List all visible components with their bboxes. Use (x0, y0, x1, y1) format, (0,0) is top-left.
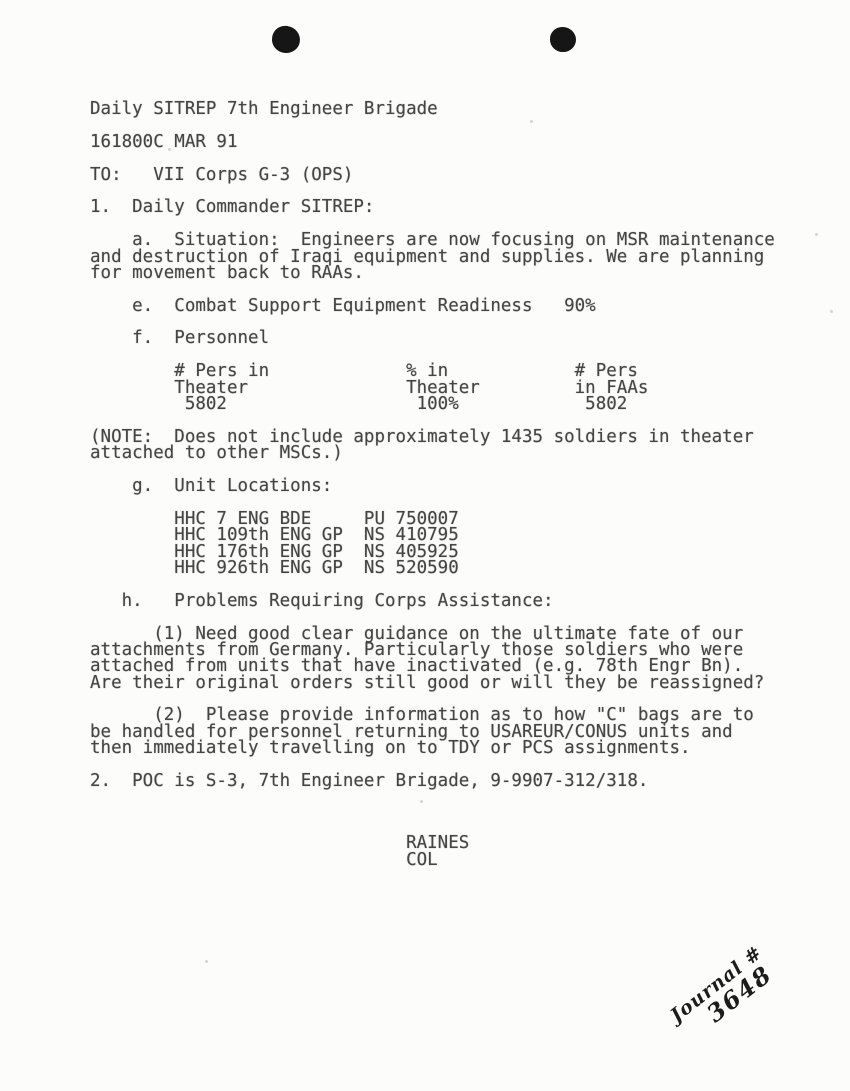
paragraph-2-poc: 2. POC is S-3, 7th Engineer Brigade, 9-9… (90, 773, 830, 789)
scan-speck (830, 310, 833, 313)
document-body: Daily SITREP 7th Engineer Brigade 161800… (90, 101, 830, 868)
paragraph-e-readiness: e. Combat Support Equipment Readiness90% (90, 298, 830, 314)
para-f-line: f. Personnel (90, 330, 830, 346)
pct-in-theater-value: 100% (417, 396, 459, 412)
to-line: TO: VII Corps G-3 (OPS) (90, 167, 830, 183)
para-g-line: g. Unit Locations: (90, 478, 830, 494)
handwritten-journal-annotation: Journal # 3648 (668, 943, 781, 1045)
signature-block: RAINES COL (406, 835, 830, 868)
document-title: Daily SITREP 7th Engineer Brigade (90, 101, 830, 117)
unit-name: HHC 926th ENG GP (174, 560, 343, 576)
para-h2-line-3: then immediately travelling on to TDY or… (90, 740, 830, 756)
subparagraph-h2: (2) Please provide information as to how… (90, 707, 830, 756)
para-1-line: 1. Daily Commander SITREP: (90, 199, 830, 215)
paragraph-g-heading: g. Unit Locations: (90, 478, 830, 494)
scan-speck (205, 960, 208, 963)
note-line-2: attached to other MSCs.) (90, 445, 830, 461)
pers-in-theater-value: 5802 (185, 396, 227, 412)
para-h1-line-4: Are their original orders still good or … (90, 675, 830, 691)
scanned-document-page: Daily SITREP 7th Engineer Brigade 161800… (0, 0, 850, 1091)
paragraph-a-situation: a. Situation: Engineers are now focusing… (90, 232, 830, 281)
punch-hole-mark-right (550, 27, 576, 52)
paragraph-h-heading: h. Problems Requiring Corps Assistance: (90, 593, 830, 609)
note-paragraph: (NOTE: Does not include approximately 14… (90, 429, 830, 462)
para-h-line: h. Problems Requiring Corps Assistance: (90, 593, 830, 609)
unit-locations-list: HHC 7 ENG BDE PU 750007 HHC 109th ENG GP… (90, 511, 830, 577)
unit-location-row: HHC 926th ENG GP NS 520590 (90, 560, 830, 576)
unit-grid: NS 520590 (364, 560, 459, 576)
para-2-line: 2. POC is S-3, 7th Engineer Brigade, 9-9… (90, 773, 830, 789)
readiness-value: 90% (564, 298, 596, 314)
personnel-table: # Pers in % in # Pers Theater Theater in… (90, 363, 830, 412)
subparagraph-h1: (1) Need good clear guidance on the ulti… (90, 626, 830, 692)
signature-name: RAINES (406, 835, 830, 851)
paragraph-1-heading: 1. Daily Commander SITREP: (90, 199, 830, 215)
date-time-group: 161800C MAR 91 (90, 134, 830, 150)
readiness-label: e. Combat Support Equipment Readiness (90, 296, 533, 316)
para-a-line-3: for movement back to RAAs. (90, 265, 830, 281)
dtg-line: 161800C MAR 91 (90, 134, 830, 150)
document-header: Daily SITREP 7th Engineer Brigade (90, 101, 830, 117)
pers-in-faas-value: 5802 (585, 396, 627, 412)
addressee: TO: VII Corps G-3 (OPS) (90, 167, 830, 183)
paragraph-f-personnel: f. Personnel (90, 330, 830, 346)
punch-hole-mark-left (270, 24, 301, 55)
signature-rank: COL (406, 852, 830, 868)
personnel-table-value-row: 5802 100% 5802 (90, 396, 830, 412)
para-e-line: e. Combat Support Equipment Readiness90% (90, 298, 830, 314)
